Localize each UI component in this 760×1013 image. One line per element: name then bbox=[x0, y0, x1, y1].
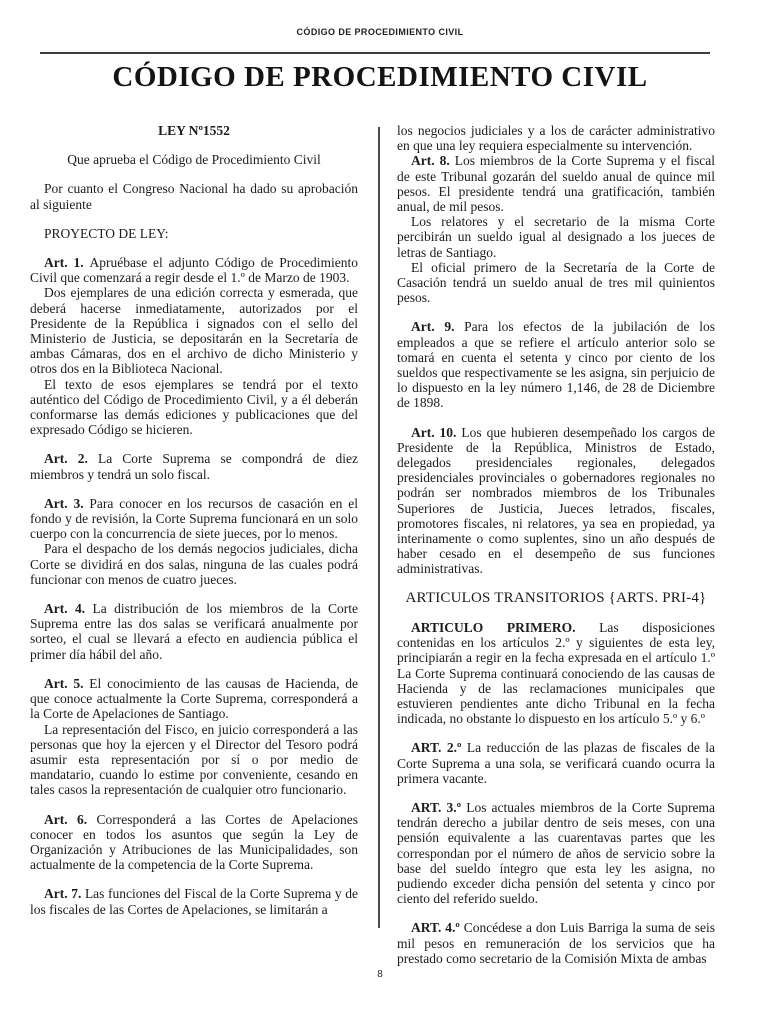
article-label: ART. 4.º bbox=[411, 920, 464, 935]
paragraph: Dos ejemplares de una edición correcta y… bbox=[30, 285, 358, 376]
paragraph: Que aprueba el Código de Procedimiento C… bbox=[30, 152, 358, 167]
paragraph: Art. 5. El conocimiento de las causas de… bbox=[30, 676, 358, 722]
paragraph: Para el despacho de los demás negocios j… bbox=[30, 541, 358, 587]
article-label: Art. 7. bbox=[44, 886, 85, 901]
section-heading: ARTICULOS TRANSITORIOS {ARTS. PRI-4} bbox=[397, 591, 715, 606]
header-rule bbox=[40, 52, 710, 54]
paragraph: Art. 1. Apruébase el adjunto Código de P… bbox=[30, 255, 358, 285]
article-label: Art. 10. bbox=[411, 425, 461, 440]
article-label: Art. 6. bbox=[44, 812, 97, 827]
article-label: ART. 3.º bbox=[411, 800, 466, 815]
paragraph: ART. 3.º Los actuales miembros de la Cor… bbox=[397, 800, 715, 906]
article-label: Art. 4. bbox=[44, 601, 93, 616]
paragraph: PROYECTO DE LEY: bbox=[30, 226, 358, 241]
paragraph: Art. 2. La Corte Suprema se compondrá de… bbox=[30, 451, 358, 481]
two-column-layout: LEY Nº1552Que aprueba el Código de Proce… bbox=[30, 123, 715, 966]
paragraph: El oficial primero de la Secretaría de l… bbox=[397, 260, 715, 306]
paragraph: Art. 7. Las funciones del Fiscal de la C… bbox=[30, 886, 358, 916]
paragraph: Los relatores y el secretario de la mism… bbox=[397, 214, 715, 260]
paragraph: El texto de esos ejemplares se tendrá po… bbox=[30, 377, 358, 438]
paragraph: La representación del Fisco, en juicio c… bbox=[30, 722, 358, 798]
paragraph: Art. 8. Los miembros de la Corte Suprema… bbox=[397, 153, 715, 214]
paragraph: Art. 10. Los que hubieren desempeñado lo… bbox=[397, 425, 715, 577]
running-header: CÓDIGO DE PROCEDIMIENTO CIVIL bbox=[0, 27, 760, 37]
article-label: Art. 8. bbox=[411, 153, 455, 168]
article-label: Art. 1. bbox=[44, 255, 89, 270]
article-label: Art. 9. bbox=[411, 319, 464, 334]
paragraph: Art. 4. La distribución de los miembros … bbox=[30, 601, 358, 662]
page-number: 8 bbox=[0, 969, 760, 980]
right-column: los negocios judiciales y a los de carác… bbox=[397, 123, 715, 966]
paragraph: Por cuanto el Congreso Nacional ha dado … bbox=[30, 181, 358, 211]
page-title: CÓDIGO DE PROCEDIMIENTO CIVIL bbox=[0, 61, 760, 94]
paragraph: ARTICULO PRIMERO. Las disposiciones cont… bbox=[397, 620, 715, 726]
paragraph: LEY Nº1552 bbox=[30, 123, 358, 138]
paragraph: Art. 9. Para los efectos de la jubilació… bbox=[397, 319, 715, 410]
article-label: Art. 3. bbox=[44, 496, 89, 511]
article-label: Art. 2. bbox=[44, 451, 98, 466]
paragraph: ART. 4.º Concédese a don Luis Barriga la… bbox=[397, 920, 715, 966]
paragraph: ART. 2.º La reducción de las plazas de f… bbox=[397, 740, 715, 786]
paragraph: los negocios judiciales y a los de carác… bbox=[397, 123, 715, 153]
article-label: Art. 5. bbox=[44, 676, 89, 691]
left-column: LEY Nº1552Que aprueba el Código de Proce… bbox=[30, 123, 358, 917]
paragraph: Art. 6. Corresponderá a las Cortes de Ap… bbox=[30, 812, 358, 873]
column-divider bbox=[378, 127, 380, 928]
article-label: ARTICULO PRIMERO. bbox=[411, 620, 599, 635]
paragraph: Art. 3. Para conocer en los recursos de … bbox=[30, 496, 358, 542]
article-label: ART. 2.º bbox=[411, 740, 467, 755]
